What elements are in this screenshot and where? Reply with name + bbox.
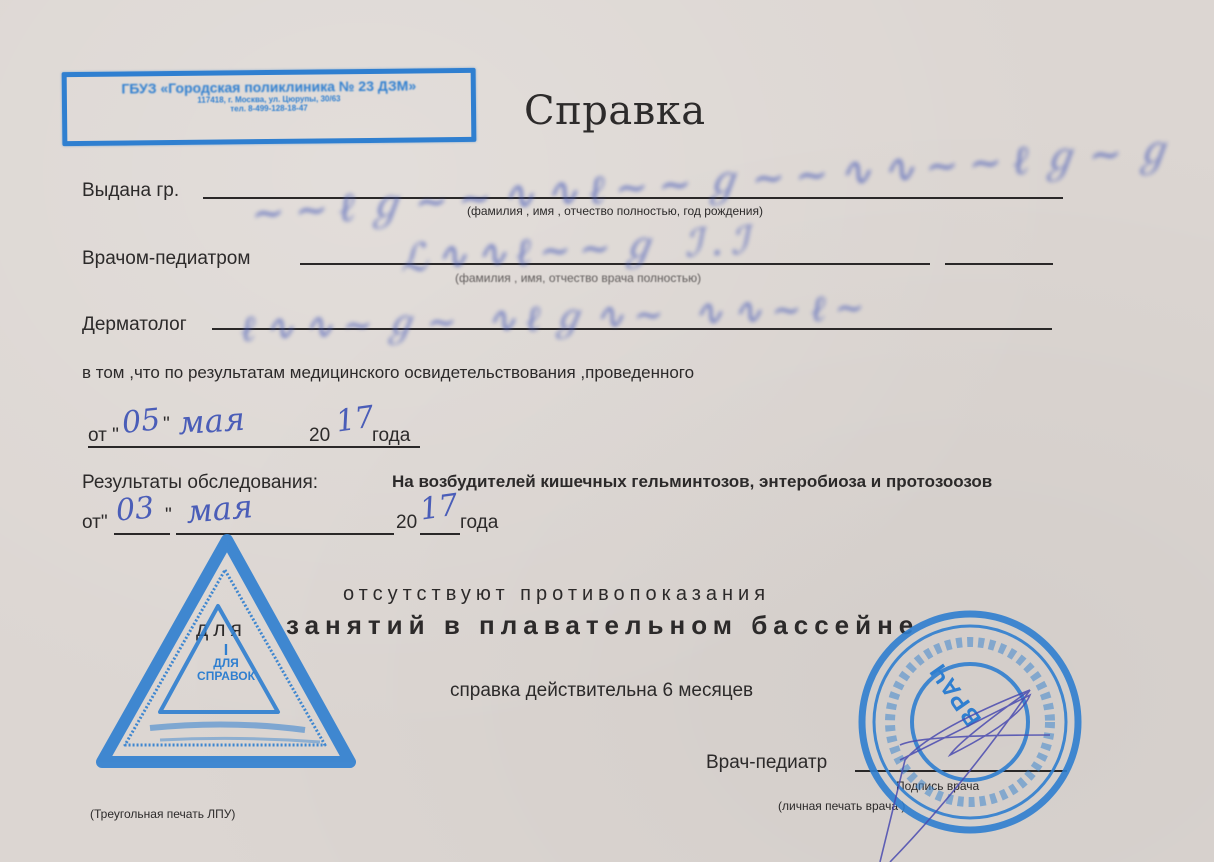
doctor-signature: [0, 0, 1214, 862]
